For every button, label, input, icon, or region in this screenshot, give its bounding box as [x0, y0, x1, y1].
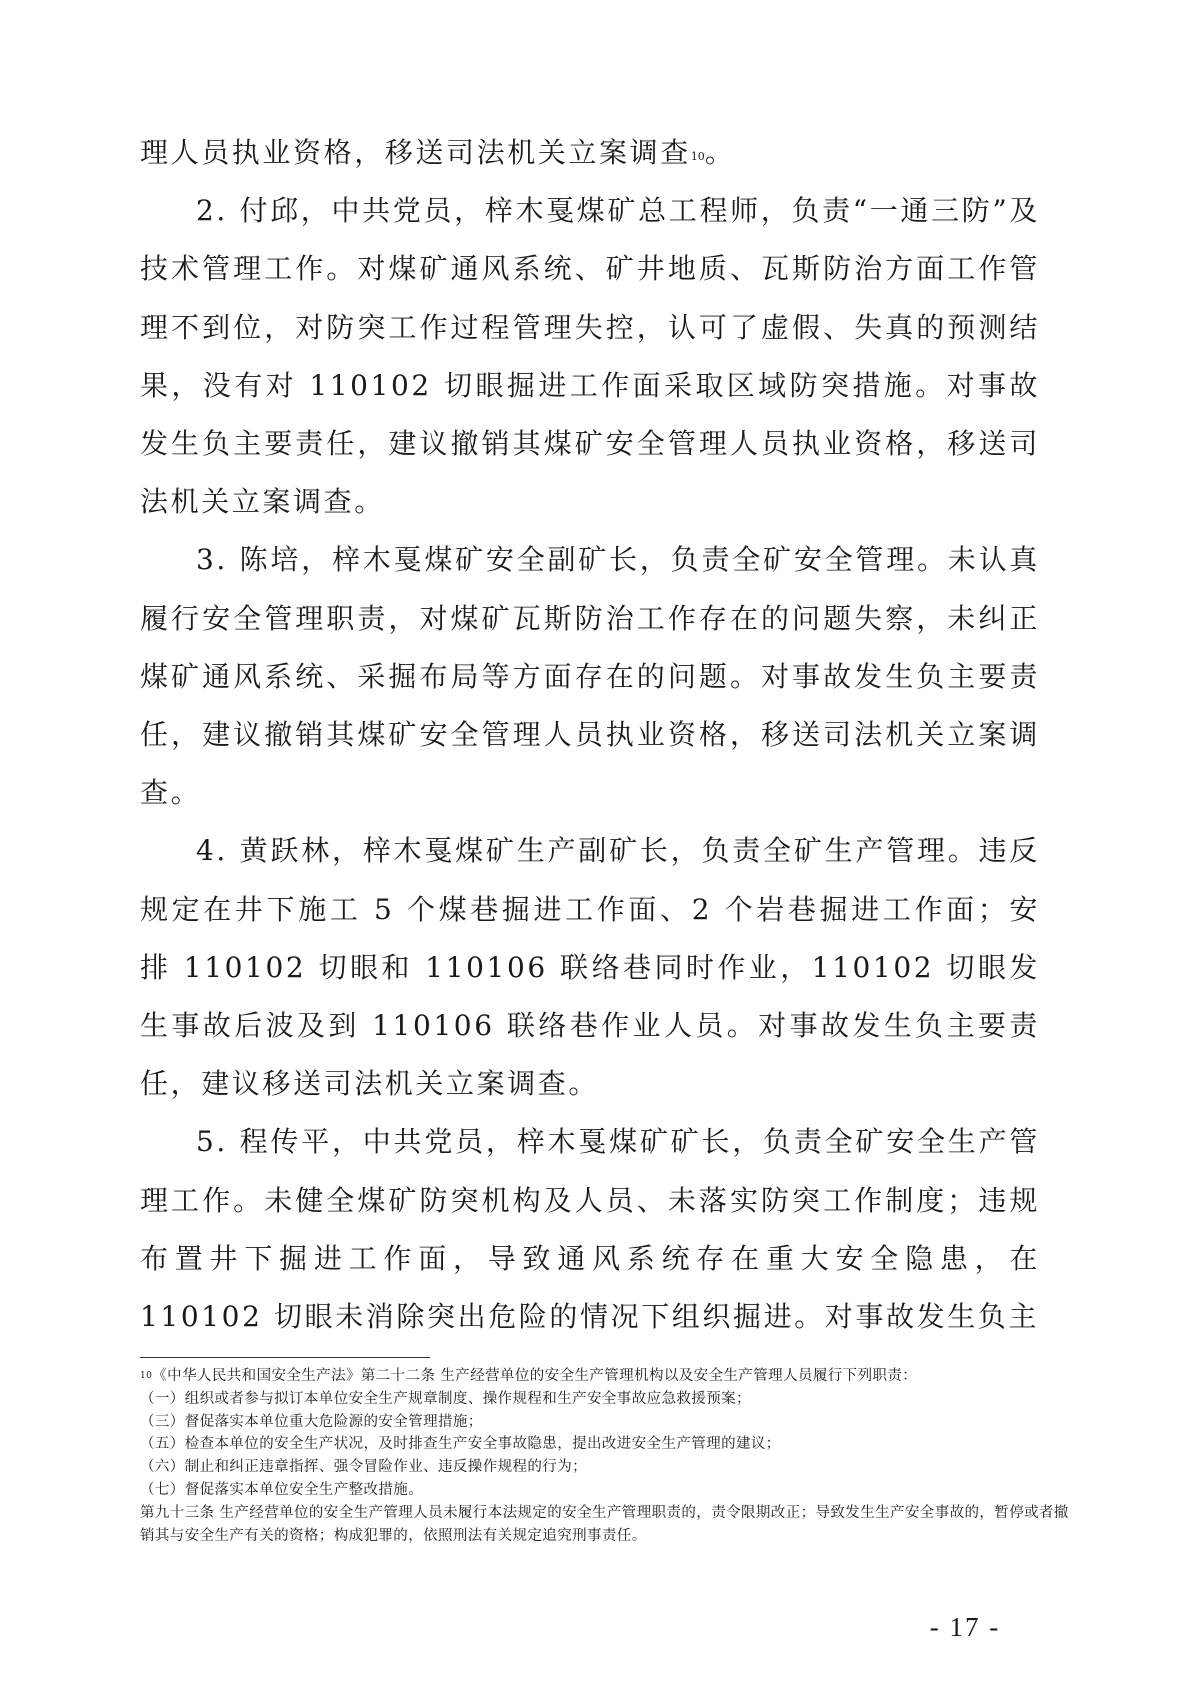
paragraph-item-2: 2. 付邱，中共党员，梓木戛煤矿总工程师，负责“一通三防”及技术管理工作。对煤矿…: [140, 182, 1040, 531]
footnote-line: （五）检查本单位的安全生产状况，及时排查生产安全事故隐患，提出改进安全生产管理的…: [140, 1433, 1070, 1456]
paragraph-item-5: 5. 程传平，中共党员，梓木戛煤矿矿长，负责全矿安全生产管理工作。未健全煤矿防突…: [140, 1113, 1040, 1346]
footnote-line: （三）督促落实本单位重大危险源的安全管理措施；: [140, 1411, 1070, 1434]
footnote-number: 10: [140, 1371, 152, 1381]
continuation-end: 。: [705, 136, 736, 169]
footnote-line: 10《中华人民共和国安全生产法》第二十二条 生产经营单位的安全生产管理机构以及安…: [140, 1365, 1070, 1388]
footnote-line: 第九十三条 生产经营单位的安全生产管理人员未履行本法规定的安全生产管理职责的，责…: [140, 1502, 1070, 1548]
footnote-separator: [140, 1357, 430, 1358]
continuation-text: 理人员执业资格，移送司法机关立案调查: [140, 136, 691, 169]
footnote-line: （六）制止和纠正违章指挥、强令冒险作业、违反操作规程的行为；: [140, 1456, 1070, 1479]
page-number: - 17 -: [920, 1612, 1010, 1643]
continuation-paragraph: 理人员执业资格，移送司法机关立案调查10。: [140, 124, 1040, 182]
footnote-line: （一）组织或者参与拟订本单位安全生产规章制度、操作规程和生产安全事故应急救援预案…: [140, 1388, 1070, 1411]
footnote-line: （七）督促落实本单位安全生产整改措施。: [140, 1479, 1070, 1502]
body-text: 理人员执业资格，移送司法机关立案调查10。 2. 付邱，中共党员，梓木戛煤矿总工…: [140, 124, 1040, 1346]
footnote-reference[interactable]: 10: [691, 150, 705, 163]
footnote-text: 《中华人民共和国安全生产法》第二十二条 生产经营单位的安全生产管理机构以及安全生…: [152, 1368, 917, 1384]
paragraph-item-4: 4. 黄跃林，梓木戛煤矿生产副矿长，负责全矿生产管理。违反规定在井下施工 5 个…: [140, 822, 1040, 1113]
document-page: 理人员执业资格，移送司法机关立案调查10。 2. 付邱，中共党员，梓木戛煤矿总工…: [0, 0, 1199, 1696]
paragraph-item-3: 3. 陈培，梓木戛煤矿安全副矿长，负责全矿安全管理。未认真履行安全管理职责，对煤…: [140, 531, 1040, 822]
footnotes: 10《中华人民共和国安全生产法》第二十二条 生产经营单位的安全生产管理机构以及安…: [140, 1365, 1070, 1547]
